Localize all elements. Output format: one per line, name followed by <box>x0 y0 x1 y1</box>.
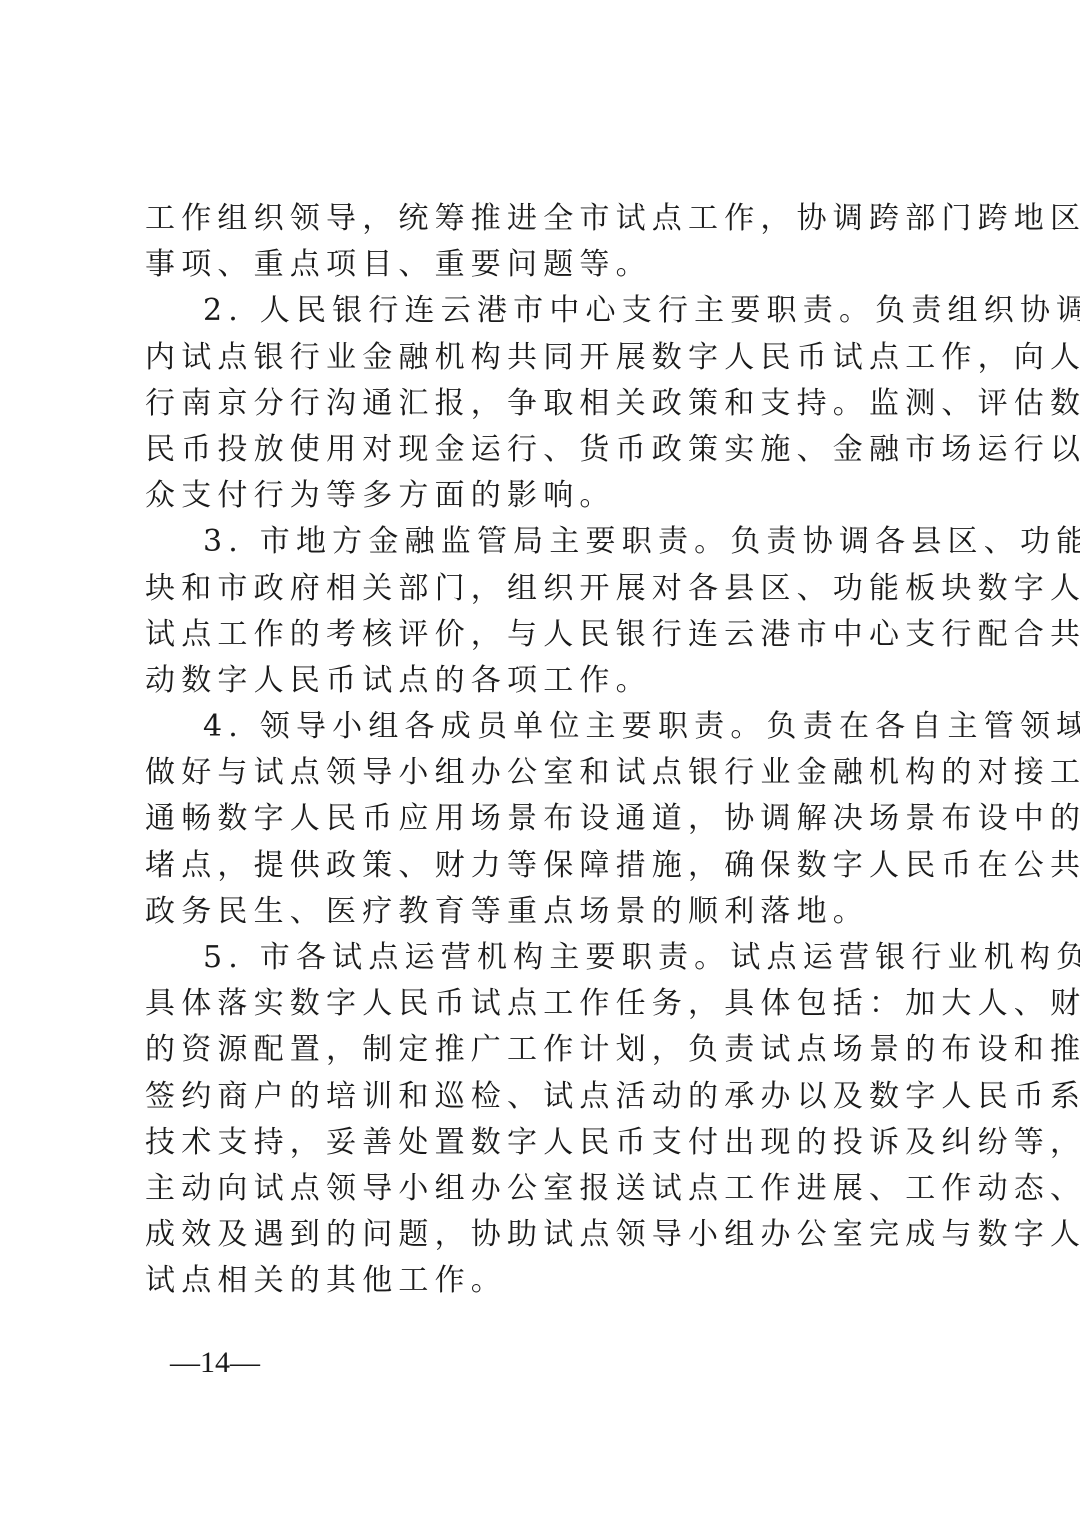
text-line: 堵点，提供政策、财力等保障措施，确保数字人民币在公共服务、 <box>145 843 950 889</box>
text-line: 签约商户的培训和巡检、试点活动的承办以及数字人民币系统的 <box>145 1074 950 1120</box>
text-line: 民币投放使用对现金运行、货币政策实施、金融市场运行以及公 <box>145 427 950 473</box>
text-line: 具体落实数字人民币试点工作任务，具体包括：加大人、财、物 <box>145 981 950 1027</box>
paragraph-2-pboc-branch-duties: 2. 人民银行连云港市中心支行主要职责。负责组织协调辖 内试点银行业金融机构共同… <box>145 288 950 519</box>
paragraph-4-member-unit-duties: 4. 领导小组各成员单位主要职责。负责在各自主管领域， 做好与试点领导小组办公室… <box>145 704 950 935</box>
text-line: 块和市政府相关部门，组织开展对各县区、功能板块数字人民币 <box>145 566 950 612</box>
paragraph-3-financial-regulator-duties: 3. 市地方金融监管局主要职责。负责协调各县区、功能板 块和市政府相关部门，组织… <box>145 519 950 704</box>
text-line-first: 2. 人民银行连云港市中心支行主要职责。负责组织协调辖 <box>145 288 950 334</box>
text-line-first: 3. 市地方金融监管局主要职责。负责协调各县区、功能板 <box>145 519 950 565</box>
text-line: 众支付行为等多方面的影响。 <box>145 473 950 519</box>
text-line-first: 5. 市各试点运营机构主要职责。试点运营银行业机构负责 <box>145 935 950 981</box>
text-line: 主动向试点领导小组办公室报送试点工作进展、工作动态、试点 <box>145 1166 950 1212</box>
text-line: 试点相关的其他工作。 <box>145 1258 950 1304</box>
text-line: 事项、重点项目、重要问题等。 <box>145 242 950 288</box>
text-line: 做好与试点领导小组办公室和试点银行业金融机构的对接工作， <box>145 750 950 796</box>
text-line: 通畅数字人民币应用场景布设通道，协调解决场景布设中的难点 <box>145 796 950 842</box>
text-line: 行南京分行沟通汇报，争取相关政策和支持。监测、评估数字人 <box>145 381 950 427</box>
page-number: —14— <box>170 1346 260 1380</box>
text-line: 政务民生、医疗教育等重点场景的顺利落地。 <box>145 889 950 935</box>
text-line: 技术支持，妥善处置数字人民币支付出现的投诉及纠纷等，及时 <box>145 1120 950 1166</box>
text-line: 试点工作的考核评价，与人民银行连云港市中心支行配合共同推 <box>145 612 950 658</box>
document-page: 工作组织领导，统筹推进全市试点工作，协调跨部门跨地区重大 事项、重点项目、重要问… <box>0 0 1080 1527</box>
body-text: 工作组织领导，统筹推进全市试点工作，协调跨部门跨地区重大 事项、重点项目、重要问… <box>145 196 950 1305</box>
text-line: 工作组织领导，统筹推进全市试点工作，协调跨部门跨地区重大 <box>145 196 950 242</box>
text-line: 内试点银行业金融机构共同开展数字人民币试点工作，向人民银 <box>145 335 950 381</box>
paragraph-1-continued: 工作组织领导，统筹推进全市试点工作，协调跨部门跨地区重大 事项、重点项目、重要问… <box>145 196 950 288</box>
text-line: 的资源配置，制定推广工作计划，负责试点场景的布设和推进、 <box>145 1027 950 1073</box>
text-line-first: 4. 领导小组各成员单位主要职责。负责在各自主管领域， <box>145 704 950 750</box>
text-line: 动数字人民币试点的各项工作。 <box>145 658 950 704</box>
text-line: 成效及遇到的问题，协助试点领导小组办公室完成与数字人民币 <box>145 1212 950 1258</box>
paragraph-5-pilot-operator-duties: 5. 市各试点运营机构主要职责。试点运营银行业机构负责 具体落实数字人民币试点工… <box>145 935 950 1305</box>
